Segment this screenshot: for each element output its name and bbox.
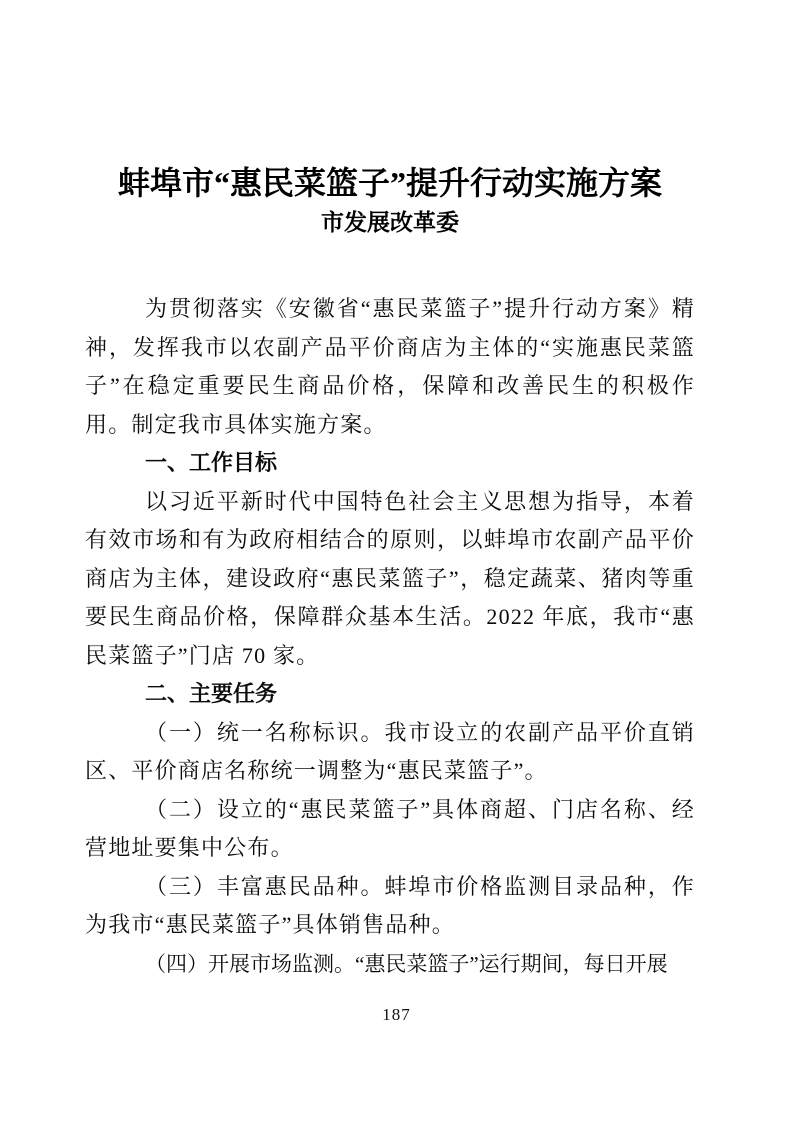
paragraph-task-4: （四）开展市场监测。“惠民菜篮子”运行期间，每日开展 bbox=[85, 945, 695, 984]
document-page: 蚌埠市“惠民菜篮子”提升行动实施方案 市发展改革委 为贯彻落实《安徽省“惠民菜篮… bbox=[0, 0, 793, 1122]
document-title: 蚌埠市“惠民菜篮子”提升行动实施方案 bbox=[85, 163, 695, 203]
document-author: 市发展改革委 bbox=[85, 208, 695, 238]
section-heading-main-tasks: 二、主要任务 bbox=[85, 675, 695, 714]
document-body: 为贯彻落实《安徽省“惠民菜篮子”提升行动方案》精神，发挥我市以农副产品平价商店为… bbox=[85, 290, 695, 983]
paragraph-intro: 为贯彻落实《安徽省“惠民菜篮子”提升行动方案》精神，发挥我市以农副产品平价商店为… bbox=[85, 290, 695, 444]
page-number: 187 bbox=[0, 1004, 793, 1026]
section-heading-work-goal: 一、工作目标 bbox=[85, 444, 695, 483]
paragraph-task-1: （一）统一名称标识。我市设立的农副产品平价直销区、平价商店名称统一调整为“惠民菜… bbox=[85, 714, 695, 791]
paragraph-task-2: （二）设立的“惠民菜篮子”具体商超、门店名称、经营地址要集中公布。 bbox=[85, 791, 695, 868]
document-content: 蚌埠市“惠民菜篮子”提升行动实施方案 市发展改革委 为贯彻落实《安徽省“惠民菜篮… bbox=[85, 163, 695, 983]
paragraph-work-goal: 以习近平新时代中国特色社会主义思想为指导，本着有效市场和有为政府相结合的原则，以… bbox=[85, 483, 695, 676]
paragraph-task-3: （三）丰富惠民品种。蚌埠市价格监测目录品种，作为我市“惠民菜篮子”具体销售品种。 bbox=[85, 868, 695, 945]
